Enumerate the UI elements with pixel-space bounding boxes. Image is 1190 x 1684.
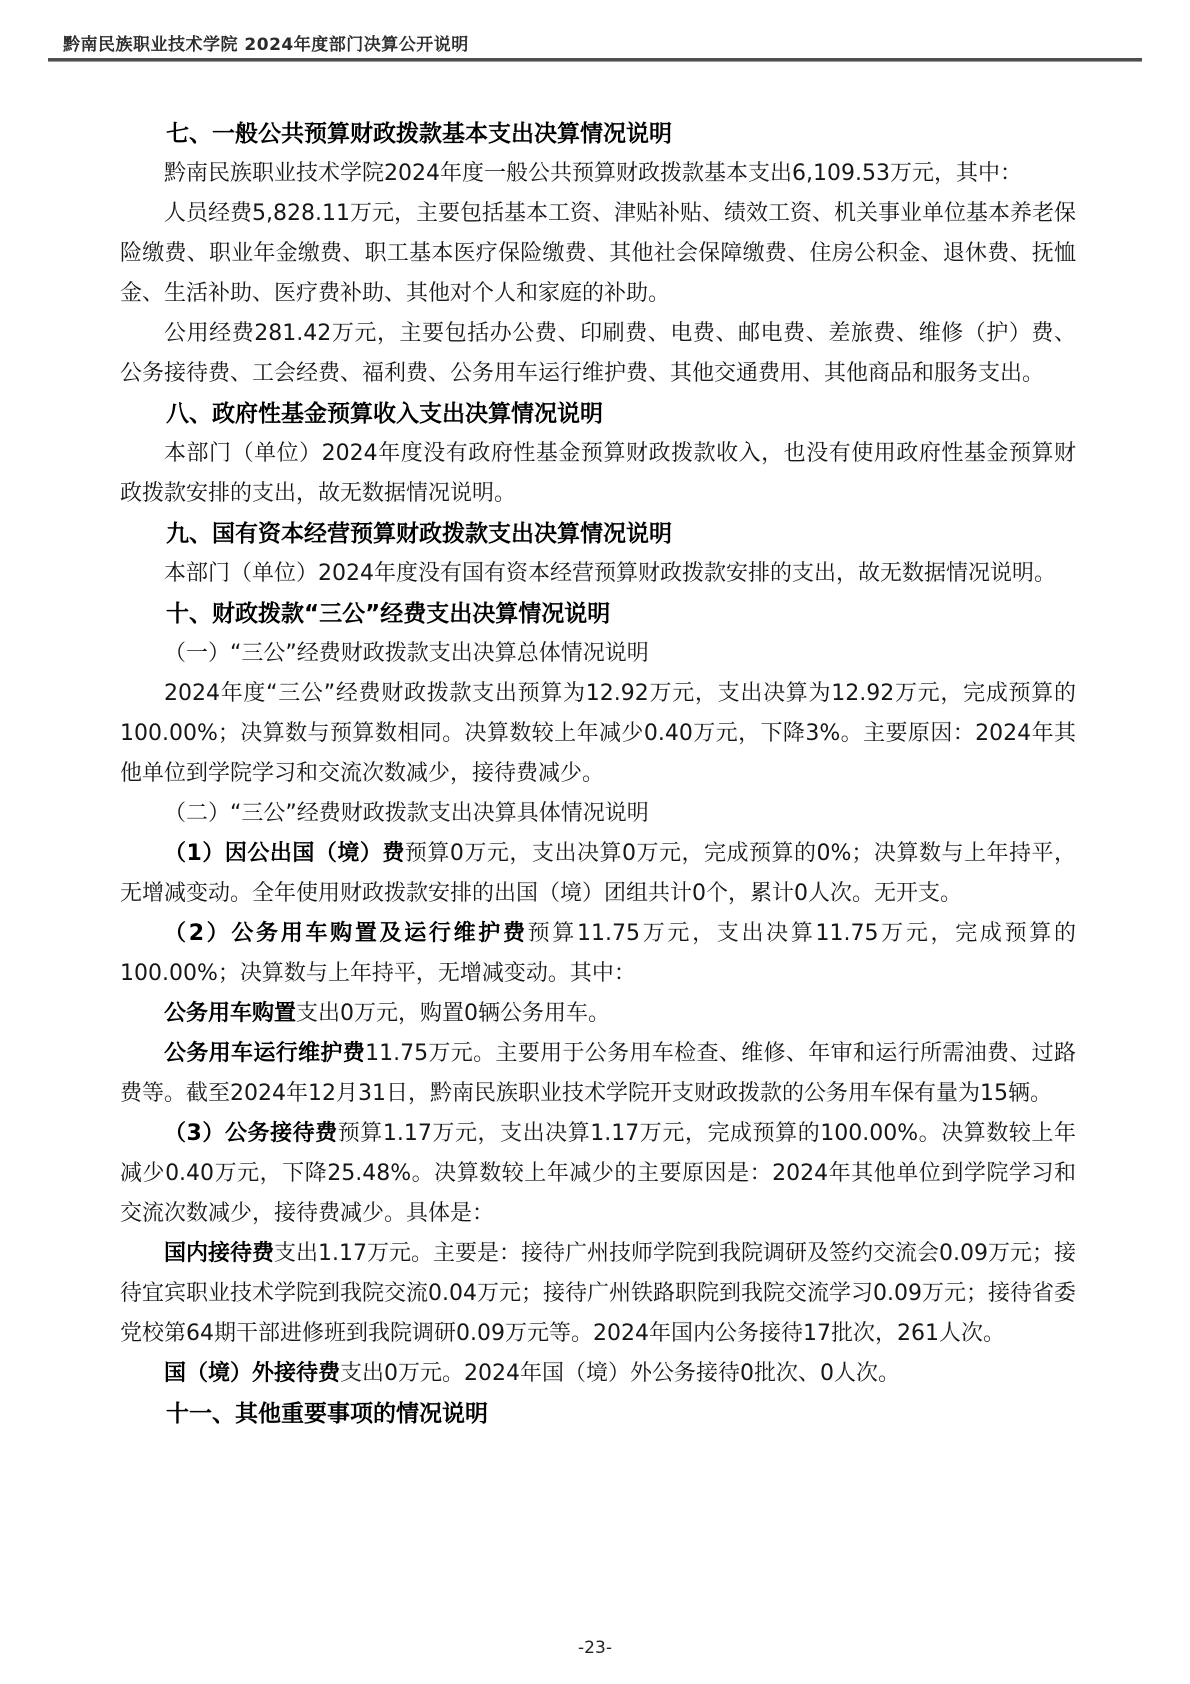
item-2-paragraph: （2）公务用车购置及运行维护费预算11.75万元，支出决算11.75万元，完成预…	[120, 914, 1076, 994]
document-header-title: 黔南民族职业技术学院 2024年度部门决算公开说明	[63, 30, 469, 55]
item-2a-paragraph: 公务用车购置支出0万元，购置0辆公务用车。	[120, 994, 1076, 1034]
item-1-paragraph: （1）因公出国（境）费预算0万元，支出决算0万元，完成预算的0%；决算数与上年持…	[120, 834, 1076, 914]
section-8-paragraph-1: 本部门（单位）2024年度没有政府性基金预算财政拨款收入，也没有使用政府性基金预…	[120, 434, 1076, 514]
section-7-paragraph-2: 人员经费5,828.11万元，主要包括基本工资、津贴补贴、绩效工资、机关事业单位…	[120, 194, 1076, 314]
section-11-heading: 十一、其他重要事项的情况说明	[120, 1394, 1076, 1434]
item-3b-lead: 国（境）外接待费	[164, 1361, 340, 1386]
item-2a-text: 支出0万元，购置0辆公务用车。	[296, 1001, 610, 1026]
section-7-paragraph-3: 公用经费281.42万元，主要包括办公费、印刷费、电费、邮电费、差旅费、维修（护…	[120, 314, 1076, 394]
page-number: -23-	[0, 1638, 1190, 1658]
item-3a-lead: 国内接待费	[164, 1241, 274, 1266]
item-3b-paragraph: 国（境）外接待费支出0万元。2024年国（境）外公务接待0批次、0人次。	[120, 1354, 1076, 1394]
item-3-paragraph: （3）公务接待费预算1.17万元，支出决算1.17万元，完成预算的100.00%…	[120, 1114, 1076, 1234]
item-2a-lead: 公务用车购置	[164, 1001, 296, 1026]
section-10-heading: 十、财政拨款“三公”经费支出决算情况说明	[120, 594, 1076, 634]
section-7-heading: 七、一般公共预算财政拨款基本支出决算情况说明	[120, 114, 1076, 154]
section-10-paragraph-1: 2024年度“三公”经费财政拨款支出预算为12.92万元，支出决算为12.92万…	[120, 674, 1076, 794]
item-3b-text: 支出0万元。2024年国（境）外公务接待0批次、0人次。	[340, 1361, 900, 1386]
item-2-lead: （2）公务用车购置及运行维护费	[164, 921, 528, 946]
section-9-paragraph-1: 本部门（单位）2024年度没有国有资本经营预算财政拨款安排的支出，故无数据情况说…	[120, 554, 1076, 594]
item-3-lead: （3）公务接待费	[164, 1121, 338, 1146]
item-1-lead: （1）因公出国（境）费	[164, 841, 405, 866]
item-2b-lead: 公务用车运行维护费	[164, 1041, 365, 1066]
section-8-heading: 八、政府性基金预算收入支出决算情况说明	[120, 394, 1076, 434]
section-7-paragraph-1: 黔南民族职业技术学院2024年度一般公共预算财政拨款基本支出6,109.53万元…	[120, 154, 1076, 194]
section-10-subheading-2: （二）“三公”经费财政拨款支出决算具体情况说明	[120, 794, 1076, 834]
document-page: 黔南民族职业技术学院 2024年度部门决算公开说明 七、一般公共预算财政拨款基本…	[0, 0, 1190, 1684]
document-body: 七、一般公共预算财政拨款基本支出决算情况说明 黔南民族职业技术学院2024年度一…	[120, 114, 1076, 1434]
section-10-subheading-1: （一）“三公”经费财政拨款支出决算总体情况说明	[120, 634, 1076, 674]
header-divider	[48, 58, 1142, 62]
section-9-heading: 九、国有资本经营预算财政拨款支出决算情况说明	[120, 514, 1076, 554]
item-2b-paragraph: 公务用车运行维护费11.75万元。主要用于公务用车检查、维修、年审和运行所需油费…	[120, 1034, 1076, 1114]
item-3a-paragraph: 国内接待费支出1.17万元。主要是：接待广州技师学院到我院调研及签约交流会0.0…	[120, 1234, 1076, 1354]
